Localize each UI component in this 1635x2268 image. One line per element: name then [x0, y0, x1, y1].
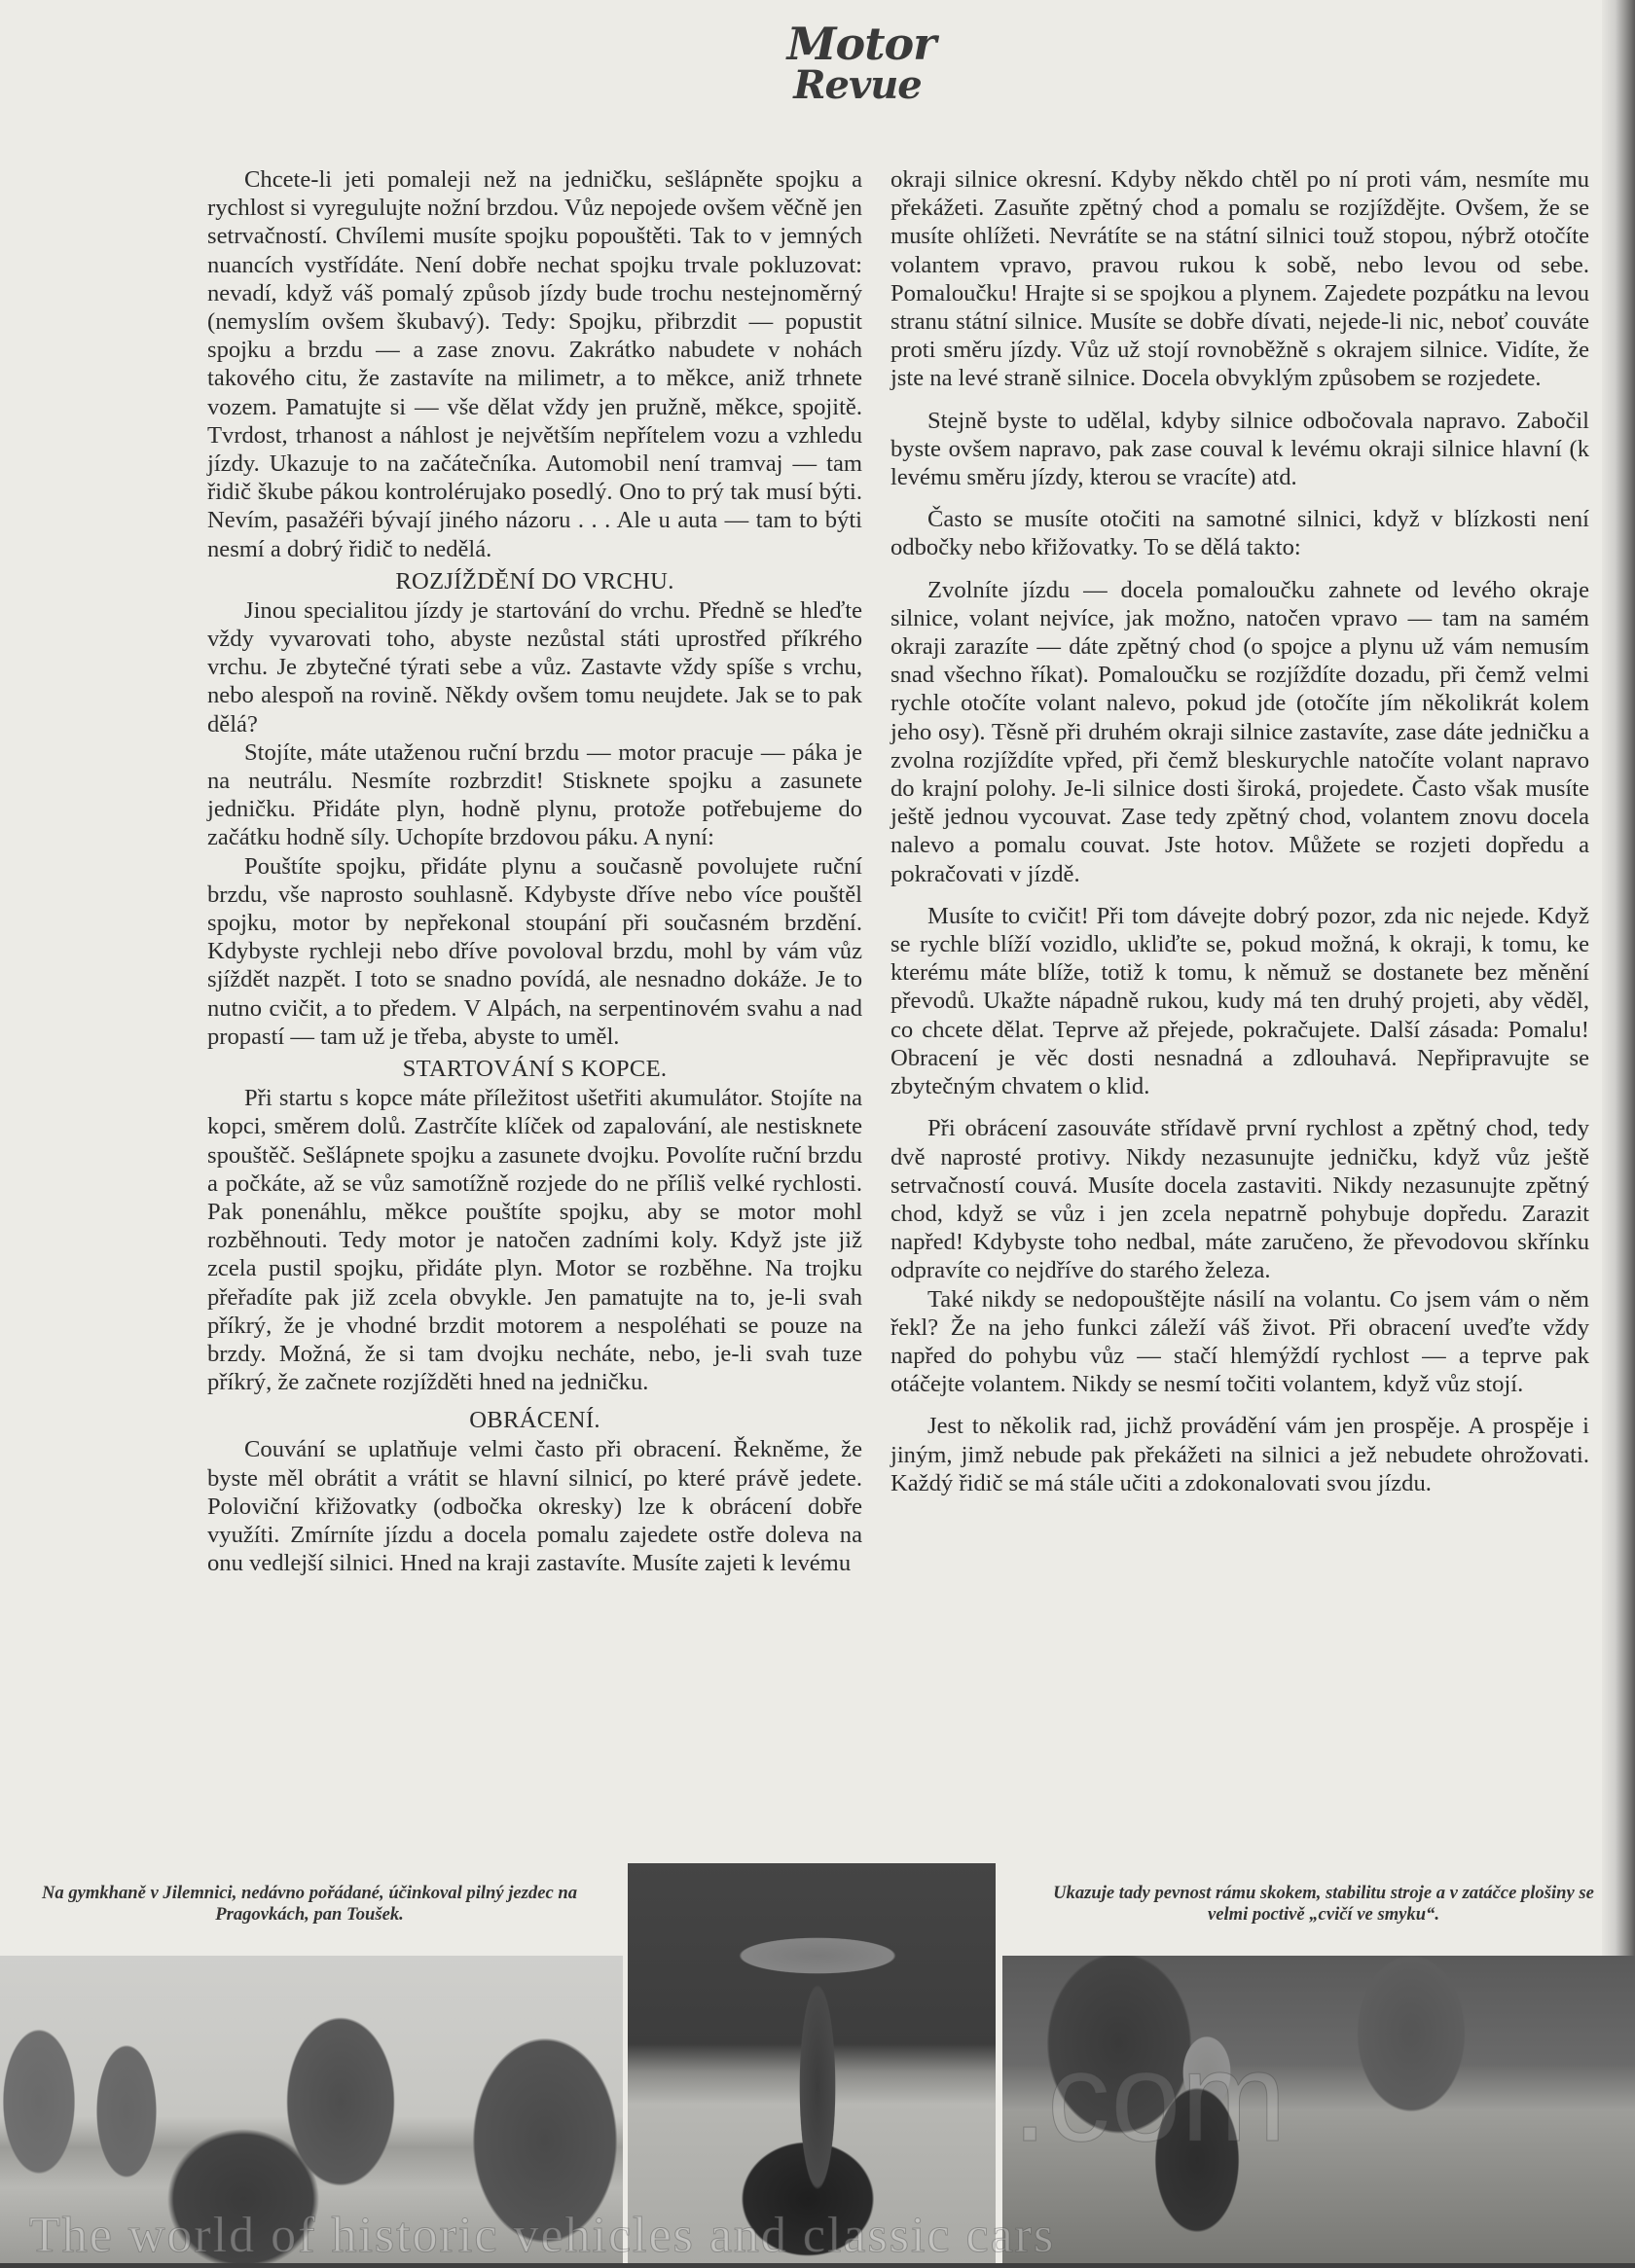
masthead-line-2: Revue: [761, 66, 954, 105]
section-heading: OBRÁCENÍ.: [207, 1406, 862, 1435]
paragraph: Jinou specialitou jízdy je startování do…: [207, 596, 862, 738]
paragraph: Také nikdy se nedopouštějte násilí na vo…: [890, 1285, 1589, 1399]
photo-caption-right: Ukazuje tady pevnost rámu skokem, stabil…: [1032, 1883, 1616, 1926]
photo-caption-left: Na gymkhaně v Jilemnici, nedávno pořádan…: [18, 1883, 601, 1926]
page-bottom-edge: [0, 2263, 1635, 2268]
section-heading: ROZJÍŽDĚNÍ DO VRCHU.: [207, 567, 862, 596]
paragraph: Stejně byste to udělal, kdyby silnice od…: [890, 407, 1589, 492]
paragraph: Pouštíte spojku, přidáte plynu a současn…: [207, 852, 862, 1051]
paragraph: Chcete-li jeti pomaleji než na jedničku,…: [207, 165, 862, 563]
paragraph: Couvání se uplatňuje velmi často při obr…: [207, 1435, 862, 1577]
article-column-left: Chcete-li jeti pomaleji než na jedničku,…: [207, 165, 862, 1577]
paragraph: Při startu s kopce máte příležitost ušet…: [207, 1084, 862, 1396]
article-column-right: okraji silnice okresní. Kdyby někdo chtě…: [890, 165, 1589, 1497]
watermark-tagline: The world of historic vehicles and class…: [29, 2207, 1055, 2264]
photo-rider-standing-on-motorcycle: [628, 1863, 996, 2265]
paragraph: Musíte to cvičit! Při tom dávejte dobrý …: [890, 902, 1589, 1100]
masthead-line-1: Motor: [769, 21, 954, 66]
masthead-logo: Motor Revue: [759, 21, 954, 105]
watermark-site: .com: [1012, 2024, 1287, 2170]
paragraph: Zvolníte jízdu — docela pomaloučku zahne…: [890, 576, 1589, 888]
paragraph: okraji silnice okresní. Kdyby někdo chtě…: [890, 165, 1589, 393]
paragraph: Často se musíte otočiti na samotné silni…: [890, 505, 1589, 561]
page-binding-edge: [1602, 0, 1635, 2268]
paragraph: Jest to několik rad, jichž provádění vám…: [890, 1412, 1589, 1497]
paragraph: Stojíte, máte utaženou ruční brzdu — mot…: [207, 738, 862, 852]
section-heading: STARTOVÁNÍ S KOPCE.: [207, 1055, 862, 1084]
paragraph: Při obrácení zasouváte střídavě první ry…: [890, 1114, 1589, 1284]
